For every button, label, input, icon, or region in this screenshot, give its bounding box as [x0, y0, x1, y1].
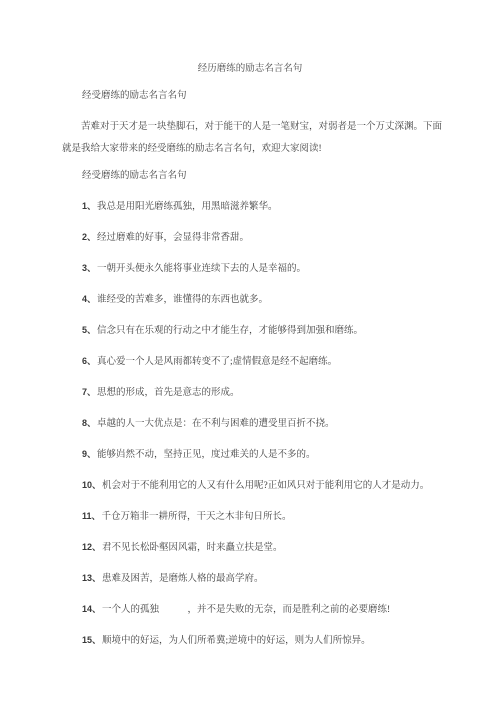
- quote-item: 12、君不见长松卧壑因风霜，时来矗立扶是堂。: [82, 540, 442, 555]
- quote-item: 15、顺境中的好运，为人们所希冀;逆境中的好运，则为人们所惊异。: [82, 633, 442, 648]
- quote-text: 卓越的人一大优点是：在不利与困难的遭受里百折不挠。: [97, 419, 335, 429]
- quote-text: 千仓万箱非一耕所得，干天之木非旬日所长。: [102, 512, 292, 522]
- quote-number: 4、: [82, 294, 96, 304]
- quote-number: 11、: [82, 511, 101, 521]
- quote-number: 14、: [82, 604, 101, 614]
- quote-item: 10、机会对于不能利用它的人又有什么用呢?正如风只对于能利用它的人才是动力。: [82, 478, 442, 493]
- quote-number: 3、: [82, 263, 96, 273]
- quote-text: 经过磨难的好事，会显得非常香甜。: [97, 233, 249, 243]
- quote-item: 14、一个人的孤独 ，并不是失败的无奈，而是胜利之前的必要磨练!: [82, 602, 442, 617]
- quote-item: 5、信念只有在乐观的行动之中才能生存，才能够得到加强和磨练。: [82, 323, 442, 338]
- quote-text: 机会对于不能利用它的人又有什么用呢?正如风只对于能利用它的人才是动力。: [102, 481, 429, 491]
- quote-text: 思想的形成，首先是意志的形成。: [97, 388, 240, 398]
- document-page: 经历磨练的励志名言名句 经受磨练的励志名言名句 苦难对于天才是一块垫脚石，对于能…: [0, 0, 500, 707]
- quote-number: 10、: [82, 480, 101, 490]
- quote-text: 谁经受的苦难多，谁懂得的东西也就多。: [97, 295, 268, 305]
- section-heading: 经受磨练的励志名言名句: [82, 169, 442, 183]
- intro-paragraph: 苦难对于天才是一块垫脚石，对于能干的人是一笔财宝，对弱者是一个万丈深渊。下面就是…: [62, 116, 442, 160]
- quote-item: 8、卓越的人一大优点是：在不利与困难的遭受里百折不挠。: [82, 416, 442, 431]
- quote-item: 4、谁经受的苦难多，谁懂得的东西也就多。: [82, 292, 442, 307]
- quote-text: 一朝开头便永久能将事业连续下去的人是幸福的。: [97, 264, 306, 274]
- quote-text: 一个人的孤独 ，并不是失败的无奈，而是胜利之前的必要磨练!: [102, 605, 390, 615]
- quote-text: 真心爱一个人是风雨都转变不了;虚情假意是经不起磨练。: [97, 357, 337, 367]
- quote-item: 13、患难及困苦，是磨炼人格的最高学府。: [82, 571, 442, 586]
- document-content: 经受磨练的励志名言名句 苦难对于天才是一块垫脚石，对于能干的人是一笔财宝，对弱者…: [62, 89, 442, 648]
- quote-text: 能够岿然不动，坚持正见，度过难关的人是不多的。: [97, 450, 316, 460]
- quote-text: 我总是用阳光磨练孤独，用黑暗滋养繁华。: [97, 202, 278, 212]
- quote-item: 7、思想的形成，首先是意志的形成。: [82, 385, 442, 400]
- quote-number: 13、: [82, 573, 101, 583]
- quote-item: 9、能够岿然不动，坚持正见，度过难关的人是不多的。: [82, 447, 442, 462]
- quote-number: 2、: [82, 232, 96, 242]
- quote-number: 7、: [82, 387, 96, 397]
- quote-number: 8、: [82, 418, 96, 428]
- quote-item: 1、我总是用阳光磨练孤独，用黑暗滋养繁华。: [82, 199, 442, 214]
- page-title: 经历磨练的励志名言名句: [0, 62, 500, 76]
- quote-number: 1、: [82, 201, 96, 211]
- document-subtitle: 经受磨练的励志名言名句: [82, 89, 442, 103]
- quote-number: 5、: [82, 325, 96, 335]
- quote-item: 6、真心爱一个人是风雨都转变不了;虚情假意是经不起磨练。: [82, 354, 442, 369]
- quote-text: 信念只有在乐观的行动之中才能生存，才能够得到加强和磨练。: [97, 326, 363, 336]
- quote-number: 12、: [82, 542, 101, 552]
- quote-text: 君不见长松卧壑因风霜，时来矗立扶是堂。: [102, 543, 283, 553]
- quote-text: 患难及困苦，是磨炼人格的最高学府。: [102, 574, 264, 584]
- quote-number: 9、: [82, 449, 96, 459]
- quote-number: 6、: [82, 356, 96, 366]
- quote-item: 11、千仓万箱非一耕所得，干天之木非旬日所长。: [82, 509, 442, 524]
- quote-list: 1、我总是用阳光磨练孤独，用黑暗滋养繁华。2、经过磨难的好事，会显得非常香甜。3…: [62, 199, 442, 648]
- quote-item: 2、经过磨难的好事，会显得非常香甜。: [82, 230, 442, 245]
- quote-number: 15、: [82, 635, 101, 645]
- quote-item: 3、一朝开头便永久能将事业连续下去的人是幸福的。: [82, 261, 442, 276]
- quote-text: 顺境中的好运，为人们所希冀;逆境中的好运，则为人们所惊异。: [102, 636, 371, 646]
